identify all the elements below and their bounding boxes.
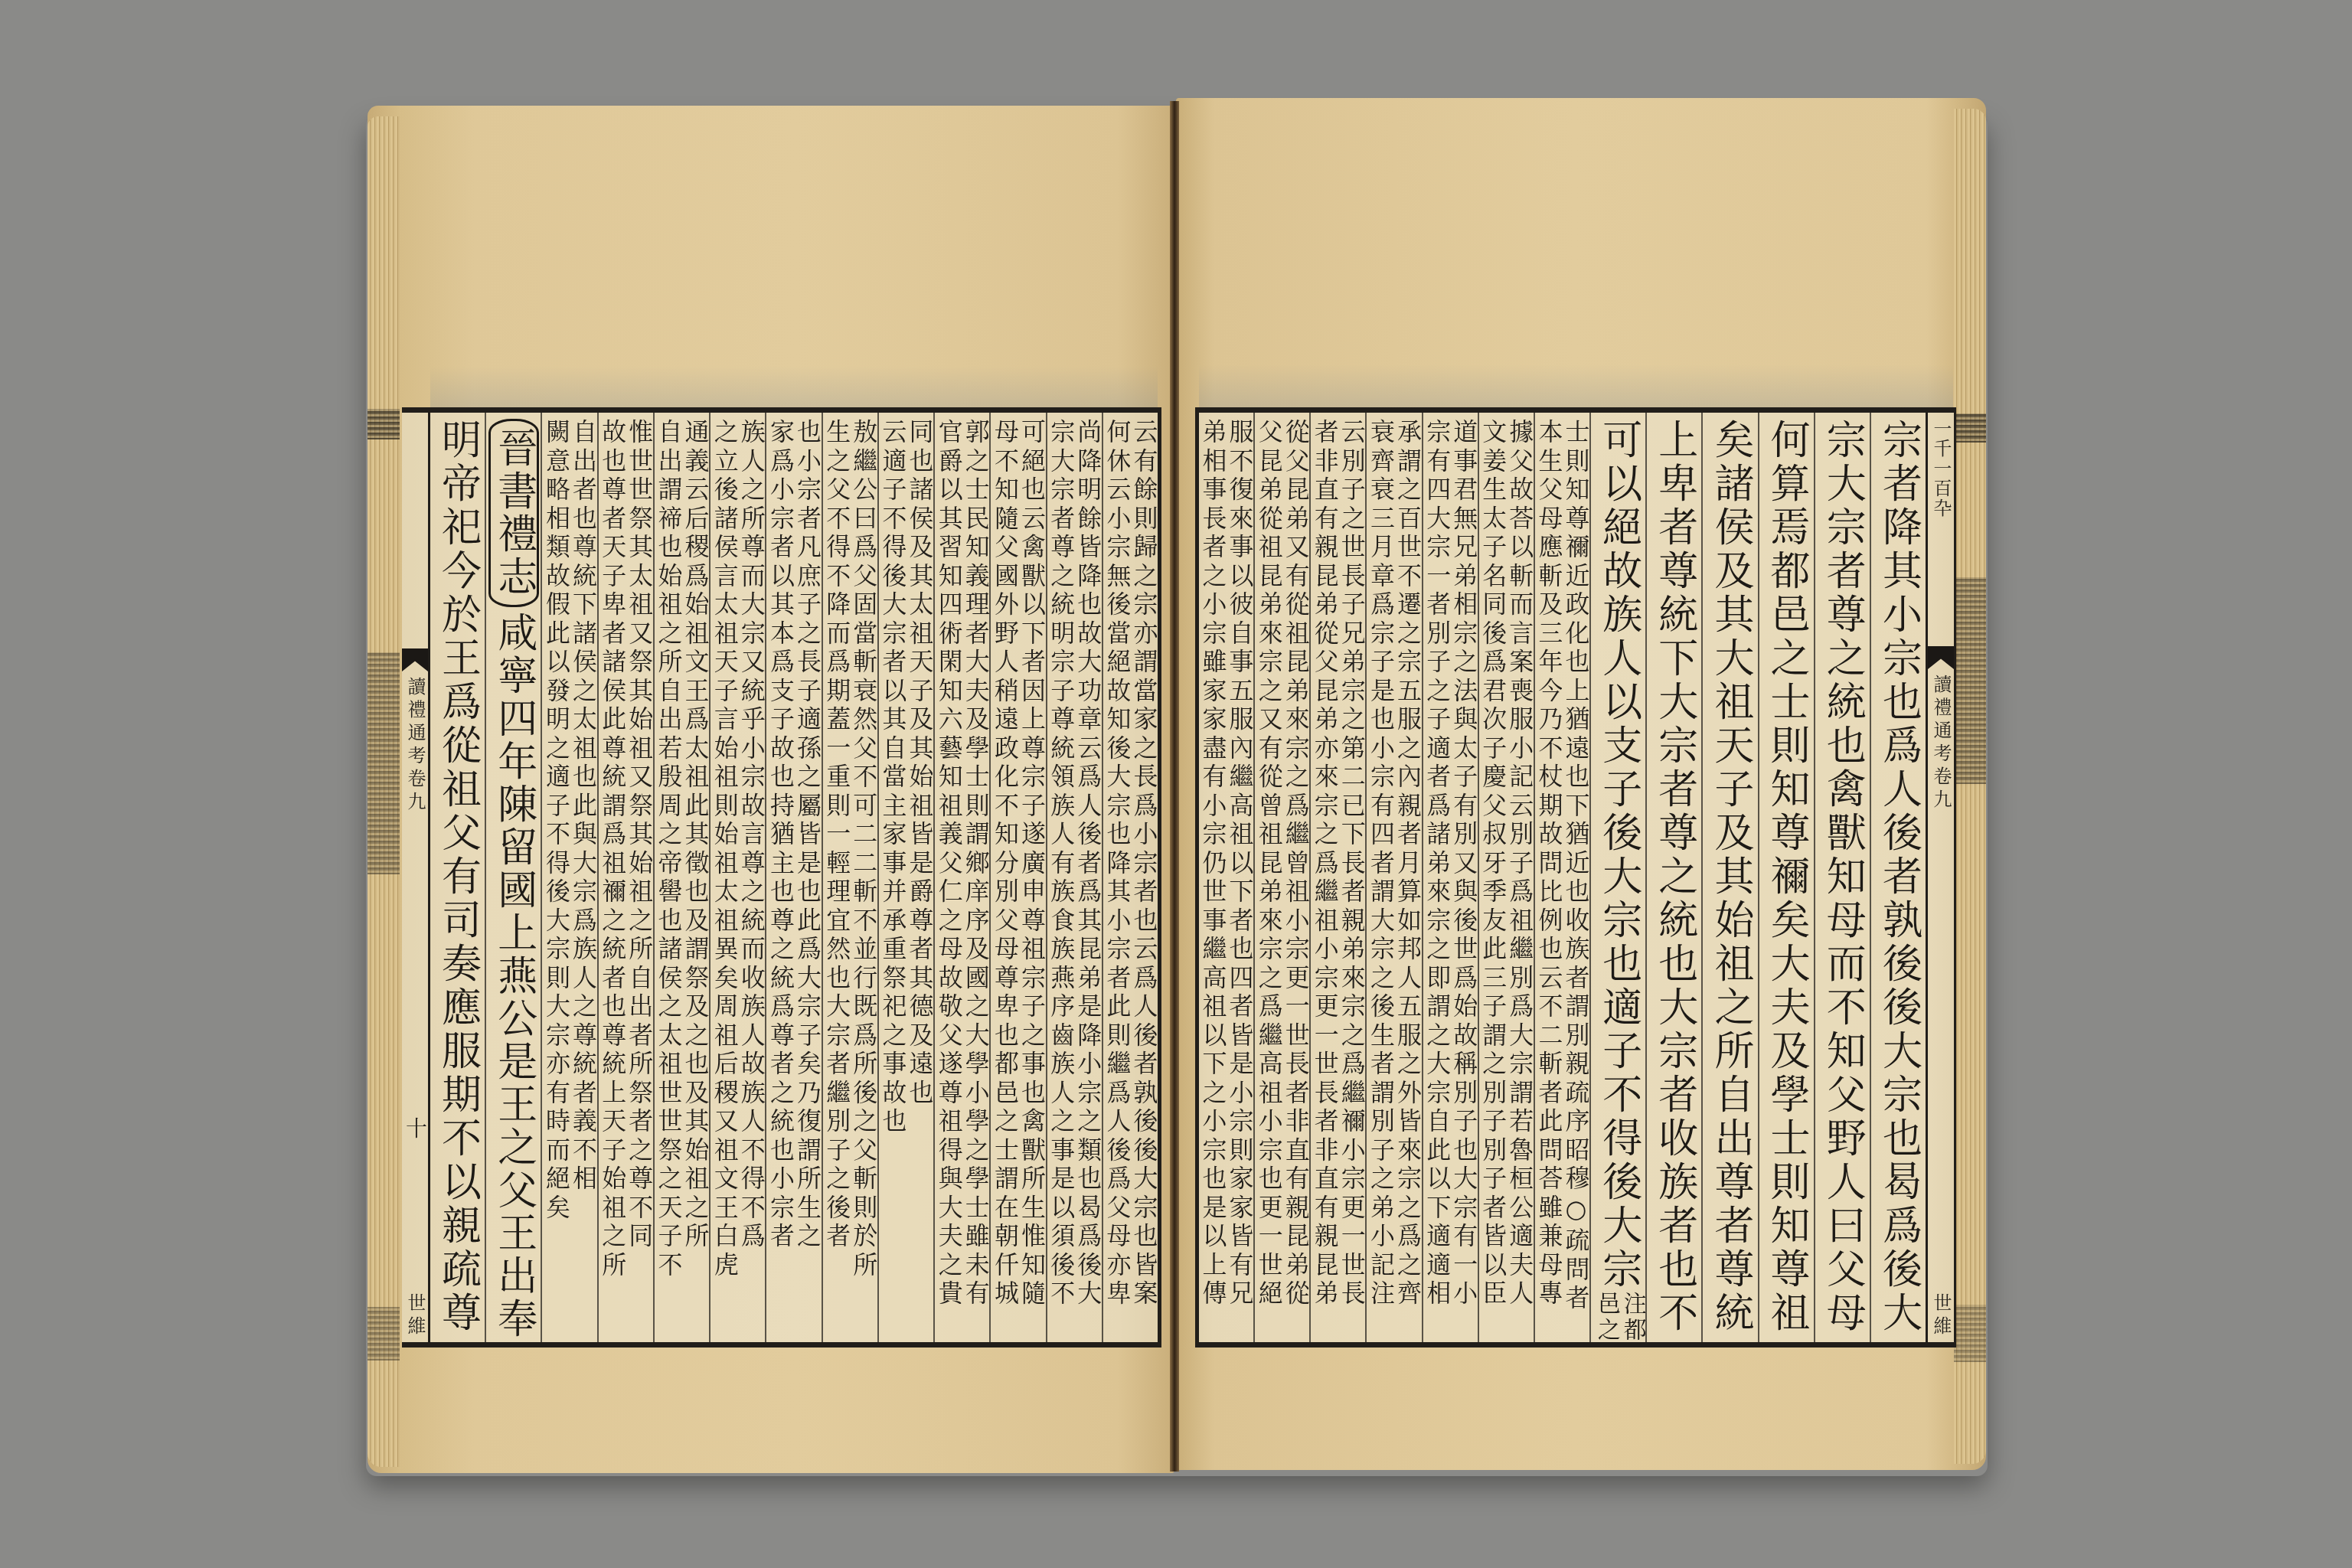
left-page-edge-stack [367, 116, 400, 1467]
annotation-column: 同也諸侯及其太祖天子及其始祖皆是爵尊者其德及遠也 [906, 413, 933, 1342]
right-page-edge-stack [1954, 109, 1986, 1464]
annotation-column-pair: 道事君無兄弟相宗之法與太子有別又與後世爲始故稱別子也大宗有一小 宗有四大宗一者別… [1422, 413, 1478, 1342]
fish-tail-mark-icon [402, 648, 428, 671]
annotation-column: 云有餘則歸之宗亦謂當家之長爲小宗者也云爲人後者孰後後大宗也皆案 [1130, 413, 1157, 1342]
inline-annotation-line: 邑之 [1593, 1292, 1619, 1342]
annotation-column: 從父昆弟又有從祖昆弟來宗之爲繼曾祖小宗更一世長者非直有親昆弟從 [1282, 413, 1309, 1342]
edge-ink-mark [367, 409, 400, 439]
main-text-body: 咸寧四年陳留國上燕公是王之父王出奉 [491, 612, 537, 1341]
main-text-column: 明帝祀今於王爲從祖父有司奏應服期不以親疏尊 [430, 413, 485, 1342]
right-page-frame: 一千一百卆 讀禮通考卷九 世維 宗者降其小宗也爲人後者孰後後大宗也曷爲後大 宗大… [1195, 407, 1956, 1347]
annotation-column: 官爵以其習知四術閑知六藝知祖義父仁之母故敬父遂尊祖得與大夫之貴 [936, 413, 962, 1342]
left-page-fold-column: 讀禮通考卷九 十 世維 [402, 413, 430, 1342]
annotation-column: 道事君無兄弟相宗之法與太子有別又與後世爲始故稱別子也大宗有一小 [1450, 413, 1477, 1342]
annotation-column: 宗有四大宗一者別子之子適者爲諸弟來宗之即謂之大宗自此以下適適相 [1423, 413, 1450, 1342]
main-text-column: 上卑者尊統下大宗者尊之統也大宗者收族者也不 [1645, 413, 1701, 1342]
edge-ink-mark [1954, 577, 1986, 784]
fold-book-title: 讀禮通考卷九 [1929, 675, 1952, 812]
main-text: 晉書禮志咸寧四年陳留國上燕公是王之父王出奉 [487, 413, 541, 1342]
main-text-column: 宗者降其小宗也爲人後者孰後後大宗也曷爲後大 [1870, 413, 1926, 1342]
main-text: 可以絕故族人以支子後大宗也適子不得後大宗注都邑之 [1592, 413, 1645, 1342]
annotation-column: 士則知尊禰近政化也上猶遠也下猶近也收族者謂別親疏序昭穆○疏問者 [1562, 413, 1589, 1342]
annotation-column-pair: 族人之所尊而大宗又統乎小宗故言尊之統而收族人故族人不得不爲 之立後諸侯言太祖天子… [709, 413, 765, 1342]
annotation-column-pair: 據父故荅以斬而言案喪服小記云別子爲祖繼別爲大宗謂若魯桓公適夫人 文姜生太子名同後… [1478, 413, 1534, 1342]
main-text: 上卑者尊統下大宗者尊之統也大宗者收族者也不 [1648, 413, 1701, 1342]
main-text: 何算焉都邑之士則知尊禰矣大夫及學士則知尊祖 [1759, 413, 1813, 1342]
main-text: 矣諸侯及其大祖天子及其始祖之所自出尊者尊統 [1704, 413, 1757, 1342]
fold-book-title: 讀禮通考卷九 [403, 677, 426, 815]
edge-ink-mark [367, 652, 400, 874]
annotation-column-pair: 郭之士民知義理者大夫及學士則謂鄉庠序及國之大學小學之學士雖未有 官爵以其習知四術… [933, 413, 989, 1342]
annotation-column: 闕意略相類故假此以發明之適子不得後大宗則大宗亦有時而絕矣 [543, 413, 570, 1342]
annotation-column: 父昆弟從祖昆弟來宗之又有從曾祖昆弟來宗之爲繼高祖小宗也更一世絕 [1256, 413, 1282, 1342]
left-page-text-columns: 云有餘則歸之宗亦謂當家之長爲小宗者也云爲人後者孰後後大宗也皆案 何休云小宗無後當… [430, 413, 1158, 1342]
show-through-shadow [1199, 364, 1953, 407]
annotation-column: 故也尊者天子卑者諸侯此尊統謂爲祖禰之統者也尊統上天子始祖之所 [599, 413, 626, 1342]
annotation-column-pair: 可絕也云禽獸以下者因上尊宗子遂廣申尊祖宗子之事也禽獸所生惟知隨 母不知隨父國外野… [989, 413, 1045, 1342]
annotation-column: 族人之所尊而大宗又統乎小宗故言尊之統而收族人故族人不得不爲 [738, 413, 765, 1342]
annotation-column: 之立後諸侯言太祖天子言始祖則始祖太祖異矣周祖后稷又祖文王白虎 [711, 413, 738, 1342]
annotation-column: 承謂之百世不遷之宗五服之內親者月算如邦人五服之外皆來宗之爲之齊 [1394, 413, 1421, 1342]
annotation-column-pair: 通義云后稷爲始祖文王爲太祖此其徵也及謂祭及之也及其始祖之所 自出謂禘也始祖之所自… [653, 413, 709, 1342]
fold-page-number: 十 [403, 1117, 426, 1138]
annotation-column: 通義云后稷爲始祖文王爲太祖此其徵也及謂祭及之也及其始祖之所 [682, 413, 709, 1342]
annotation-column: 生之父不得不降而爲期蓋一重則一輕理宜然也大宗者繼別子之後者 [823, 413, 850, 1342]
annotation-column: 郭之士民知義理者大夫及學士則謂鄉庠序及國之大學小學之學士雖未有 [962, 413, 989, 1342]
edge-ink-mark [1954, 1305, 1986, 1362]
edge-ink-mark [1954, 413, 1986, 443]
inline-annotation-line: 注都 [1619, 1292, 1645, 1342]
annotation-column: 自出者也尊統下諸侯之太祖也此與大宗爲族人之尊統者義不相 [570, 413, 596, 1342]
main-text: 明帝祀今於王爲從祖父有司奏應服期不以親疏尊 [431, 413, 485, 1342]
annotation-column-pair: 敖繼公曰爲父固當斬衰然父不可二二斬不並行既爲所後之父斬則於所 生之父不得不降而爲… [822, 413, 877, 1342]
right-page-text-columns: 宗者降其小宗也爲人後者孰後後大宗也曷爲後大 宗大宗者尊之統也禽獸知母而不知父野人… [1199, 413, 1926, 1342]
annotation-column: 家爲小宗者以其本爲支子故也持猶主也尊之統爲尊者之統也小宗者 [767, 413, 794, 1342]
main-text-column: 矣諸侯及其大祖天子及其始祖之所自出尊者尊統 [1701, 413, 1757, 1342]
fold-bottom-note: 世維 [1929, 1293, 1952, 1339]
annotation-column: 自出謂禘也始祖之所自出若殷周之帝嚳也諸侯之太祖世世祭之天子不 [655, 413, 682, 1342]
annotation-column-pair: 自出者也尊統下諸侯之太祖也此與大宗爲族人之尊統者義不相 闕意略相類故假此以發明之… [541, 413, 596, 1342]
annotation-column-pair: 也小宗者凡庶子之長子適孫之屬皆是也此爲大宗子矣乃復謂所生之 家爲小宗者以其本爲支… [765, 413, 821, 1342]
edge-ink-mark [367, 1307, 400, 1361]
annotation-column-pair: 服不復來事以彼自事五服內繼高祖以下者也四者皆是小宗則家家皆有兄 弟相事長者之小宗… [1199, 413, 1253, 1342]
annotation-column: 服不復來事以彼自事五服內繼高祖以下者也四者皆是小宗則家家皆有兄 [1227, 413, 1253, 1342]
main-text-column: 何算焉都邑之士則知尊禰矣大夫及學士則知尊祖 [1758, 413, 1814, 1342]
fold-character-count: 一千一百卆 [1929, 419, 1952, 518]
right-page-fold-column: 一千一百卆 讀禮通考卷九 世維 [1926, 413, 1954, 1342]
main-text-column: 宗大宗者尊之統也禽獸知母而不知父野人曰父母 [1814, 413, 1870, 1342]
annotation-column-pair: 云別子之世長子兄弟宗之第二已下長者親弟來宗之爲繼禰小宗更一世長 者非直有親昆弟從… [1309, 413, 1365, 1342]
annotation-column: 衰齊衰三月章爲宗子是也小宗有四者謂大宗之後生者謂別子之弟小記注 [1367, 413, 1394, 1342]
source-title-box: 晉書禮志 [488, 419, 539, 607]
annotation-column-pair: 同也諸侯及其太祖天子及其始祖皆是爵尊者其德及遠也 云適子不得後大宗者以其自當主家… [877, 413, 933, 1342]
annotation-column: 宗大宗者尊之統明宗子尊統領族人有族食族燕序齒族人之事是以須後不 [1047, 413, 1074, 1342]
annotation-column: 文姜生太子名同後爲君次子慶父叔牙季友此三子謂之別子別子者皆以臣 [1479, 413, 1506, 1342]
annotation-column: 也小宗者凡庶子之長子適孫之屬皆是也此爲大宗子矣乃復謂所生之 [794, 413, 821, 1342]
annotation-column-pair: 惟世世祭其太祖又祭其始祖又祭其始祖之所自出者所祭者之尊不同 故也尊者天子卑者諸侯… [597, 413, 653, 1342]
annotation-column-pair: 士則知尊禰近政化也上猶遠也下猶近也收族者謂別親疏序昭穆○疏問者 本生父母應斬及三… [1534, 413, 1589, 1342]
book-spine-gutter [1170, 101, 1179, 1472]
show-through-shadow [430, 366, 1158, 409]
fish-tail-mark-icon [1928, 646, 1954, 669]
annotation-column: 者非直有親昆弟從父昆弟亦來宗之爲繼祖小宗更一世長者非直有親昆弟 [1312, 413, 1338, 1342]
main-text: 宗者降其小宗也爲人後者孰後後大宗也曷爲後大 [1871, 413, 1925, 1342]
annotation-column-pair: 尚降明餘皆降也故大功章云爲人後者爲其昆弟是降小宗之類也曷爲後大 宗大宗者尊之統明… [1046, 413, 1102, 1342]
main-text-column: 晉書禮志咸寧四年陳留國上燕公是王之父王出奉 [485, 413, 541, 1342]
annotation-column: 云別子之世長子兄弟宗之第二已下長者親弟來宗之爲繼禰小宗更一世長 [1338, 413, 1365, 1342]
annotation-column-pair: 云有餘則歸之宗亦謂當家之長爲小宗者也云爲人後者孰後後大宗也皆案 何休云小宗無後當… [1102, 413, 1158, 1342]
annotation-column: 可絕也云禽獸以下者因上尊宗子遂廣申尊祖宗子之事也禽獸所生惟知隨 [1018, 413, 1045, 1342]
annotation-column-pair: 承謂之百世不遷之宗五服之內親者月算如邦人五服之外皆來宗之爲之齊 衰齊衰三月章爲宗… [1365, 413, 1421, 1342]
annotation-column: 惟世世祭其太祖又祭其始祖又祭其始祖之所自出者所祭者之尊不同 [626, 413, 652, 1342]
main-text-body: 可以絕故族人以支子後大宗也適子不得後大宗 [1596, 419, 1641, 1292]
annotation-column: 尚降明餘皆降也故大功章云爲人後者爲其昆弟是降小宗之類也曷爲後大 [1074, 413, 1101, 1342]
annotation-column: 據父故荅以斬而言案喪服小記云別子爲祖繼別爲大宗謂若魯桓公適夫人 [1506, 413, 1533, 1342]
annotation-column: 本生父母應斬及三年今乃不杖期故問比例也云不二斬者此問荅雖兼母專 [1535, 413, 1562, 1342]
inline-annotation: 注都邑之 [1593, 1292, 1645, 1342]
annotation-column: 敖繼公曰爲父固當斬衰然父不可二二斬不並行既爲所後之父斬則於所 [850, 413, 877, 1342]
annotation-column: 何休云小宗無後當絕故知後大宗也降其小宗者此則繼爲人後爲父母亦卑 [1103, 413, 1130, 1342]
annotation-column: 母不知隨父國外野人稍遠政化不知分別父母尊卑也都邑之士謂在朝仟城 [991, 413, 1018, 1342]
fold-bottom-note: 世維 [403, 1293, 426, 1339]
annotation-column: 云適子不得後大宗者以其自當主家事并承重祭祀之事故也 [879, 413, 906, 1342]
main-text-column: 可以絕故族人以支子後大宗也適子不得後大宗注都邑之 [1589, 413, 1645, 1342]
left-page-frame: 讀禮通考卷九 十 世維 云有餘則歸之宗亦謂當家之長爲小宗者也云爲人後者孰後後大宗… [402, 407, 1161, 1347]
annotation-column-pair: 從父昆弟又有從祖昆弟來宗之爲繼曾祖小宗更一世長者非直有親昆弟從 父昆弟從祖昆弟來… [1253, 413, 1309, 1342]
annotation-column: 弟相事長者之小宗雖家家盡有小宗仍世事繼高祖以下之小宗也是以上傳 [1200, 413, 1227, 1342]
main-text: 宗大宗者尊之統也禽獸知母而不知父野人曰父母 [1815, 413, 1869, 1342]
